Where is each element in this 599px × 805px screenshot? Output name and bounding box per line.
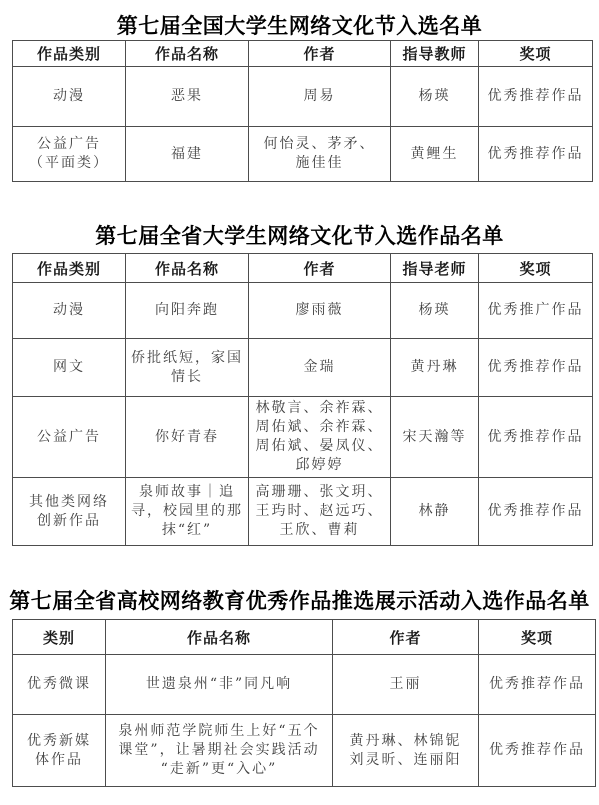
table-cell: 黄丹琳、林锦铌 刘灵昕、连丽阳 <box>333 715 479 787</box>
column-header: 指导教师 <box>391 41 479 67</box>
table-cell: 杨瑛 <box>391 283 479 339</box>
table-title-national: 第七届全国大学生网络文化节入选名单 <box>0 13 599 39</box>
header-row: 作品类别作品名称作者指导教师奖项 <box>13 41 593 67</box>
column-header: 作者 <box>333 620 479 655</box>
table-cell: 林静 <box>391 478 479 546</box>
column-header: 指导老师 <box>391 254 479 283</box>
table-cell: 王丽 <box>333 655 479 715</box>
table-cell: 优秀推荐作品 <box>479 715 596 787</box>
table-cell: 你好青春 <box>126 397 249 478</box>
table-cell: 优秀推荐作品 <box>479 127 593 182</box>
table-cell: 林敬言、余祚霖、 周佑斌、余祚霖、 周佑斌、晏凤仪、 邱婷婷 <box>249 397 391 478</box>
table-cell: 优秀推荐作品 <box>479 339 593 397</box>
column-header: 作者 <box>249 41 391 67</box>
column-header: 作品类别 <box>13 41 126 67</box>
table-cell: 公益广告 （平面类） <box>13 127 126 182</box>
table-cell: 世遗泉州“非”同凡响 <box>106 655 333 715</box>
table-cell: 优秀微课 <box>13 655 106 715</box>
national-festival-section: 第七届全国大学生网络文化节入选名单 作品类别作品名称作者指导教师奖项动漫恶果周易… <box>0 0 599 182</box>
table-cell: 福建 <box>126 127 249 182</box>
table-cell: 优秀推荐作品 <box>479 478 593 546</box>
table-cell: 高珊珊、张文玥、 王玙时、赵远巧、 王欣、曹莉 <box>249 478 391 546</box>
document-page: 第七届全国大学生网络文化节入选名单 作品类别作品名称作者指导教师奖项动漫恶果周易… <box>0 0 599 805</box>
header-row: 作品类别作品名称作者指导老师奖项 <box>13 254 593 283</box>
provincial-festival-table: 作品类别作品名称作者指导老师奖项动漫向阳奔跑廖雨薇杨瑛优秀推广作品网文侨批纸短，… <box>12 253 593 546</box>
table-title-provincial: 第七届全省大学生网络文化节入选作品名单 <box>0 223 599 249</box>
table-cell: 何怡灵、茅矛、 施佳佳 <box>249 127 391 182</box>
column-header: 奖项 <box>479 620 596 655</box>
table-cell: 优秀推荐作品 <box>479 67 593 127</box>
table-row: 网文侨批纸短，家国 情长金瑞黄丹琳优秀推荐作品 <box>13 339 593 397</box>
column-header: 作者 <box>249 254 391 283</box>
table-row: 优秀新媒 体作品泉州师范学院师生上好“五个 课堂”，让暑期社会实践活动 “走新”… <box>13 715 596 787</box>
table-row: 动漫恶果周易杨瑛优秀推荐作品 <box>13 67 593 127</box>
table-cell: 其他类网络 创新作品 <box>13 478 126 546</box>
table-cell: 宋天瀚等 <box>391 397 479 478</box>
table-row: 公益广告你好青春林敬言、余祚霖、 周佑斌、余祚霖、 周佑斌、晏凤仪、 邱婷婷宋天… <box>13 397 593 478</box>
table-cell: 优秀新媒 体作品 <box>13 715 106 787</box>
table-cell: 侨批纸短，家国 情长 <box>126 339 249 397</box>
table-cell: 泉州师范学院师生上好“五个 课堂”，让暑期社会实践活动 “走新”更“入心” <box>106 715 333 787</box>
table-cell: 向阳奔跑 <box>126 283 249 339</box>
column-header: 作品名称 <box>106 620 333 655</box>
table-cell: 金瑞 <box>249 339 391 397</box>
table-cell: 黄鲤生 <box>391 127 479 182</box>
table-row: 公益广告 （平面类）福建何怡灵、茅矛、 施佳佳黄鲤生优秀推荐作品 <box>13 127 593 182</box>
table-cell: 优秀推荐作品 <box>479 397 593 478</box>
column-header: 类别 <box>13 620 106 655</box>
table-cell: 廖雨薇 <box>249 283 391 339</box>
table-cell: 网文 <box>13 339 126 397</box>
table-cell: 优秀推荐作品 <box>479 655 596 715</box>
national-festival-table: 作品类别作品名称作者指导教师奖项动漫恶果周易杨瑛优秀推荐作品公益广告 （平面类）… <box>12 40 593 182</box>
table-cell: 动漫 <box>13 283 126 339</box>
table-cell: 泉师故事｜追 寻，校园里的那 抹“红” <box>126 478 249 546</box>
header-row: 类别作品名称作者奖项 <box>13 620 596 655</box>
provincial-festival-section: 第七届全省大学生网络文化节入选作品名单 作品类别作品名称作者指导老师奖项动漫向阳… <box>0 223 599 546</box>
table-cell: 杨瑛 <box>391 67 479 127</box>
table-row: 优秀微课世遗泉州“非”同凡响王丽优秀推荐作品 <box>13 655 596 715</box>
education-activity-table: 类别作品名称作者奖项优秀微课世遗泉州“非”同凡响王丽优秀推荐作品优秀新媒 体作品… <box>12 619 596 787</box>
table-cell: 公益广告 <box>13 397 126 478</box>
table-row: 动漫向阳奔跑廖雨薇杨瑛优秀推广作品 <box>13 283 593 339</box>
column-header: 奖项 <box>479 41 593 67</box>
column-header: 作品类别 <box>13 254 126 283</box>
table-cell: 优秀推广作品 <box>479 283 593 339</box>
table-cell: 恶果 <box>126 67 249 127</box>
column-header: 作品名称 <box>126 41 249 67</box>
education-activity-section: 第七届全省高校网络教育优秀作品推选展示活动入选作品名单 类别作品名称作者奖项优秀… <box>0 588 599 787</box>
table-row: 其他类网络 创新作品泉师故事｜追 寻，校园里的那 抹“红”高珊珊、张文玥、 王玙… <box>13 478 593 546</box>
column-header: 作品名称 <box>126 254 249 283</box>
column-header: 奖项 <box>479 254 593 283</box>
table-cell: 动漫 <box>13 67 126 127</box>
table-cell: 周易 <box>249 67 391 127</box>
table-title-education: 第七届全省高校网络教育优秀作品推选展示活动入选作品名单 <box>0 588 599 614</box>
table-cell: 黄丹琳 <box>391 339 479 397</box>
